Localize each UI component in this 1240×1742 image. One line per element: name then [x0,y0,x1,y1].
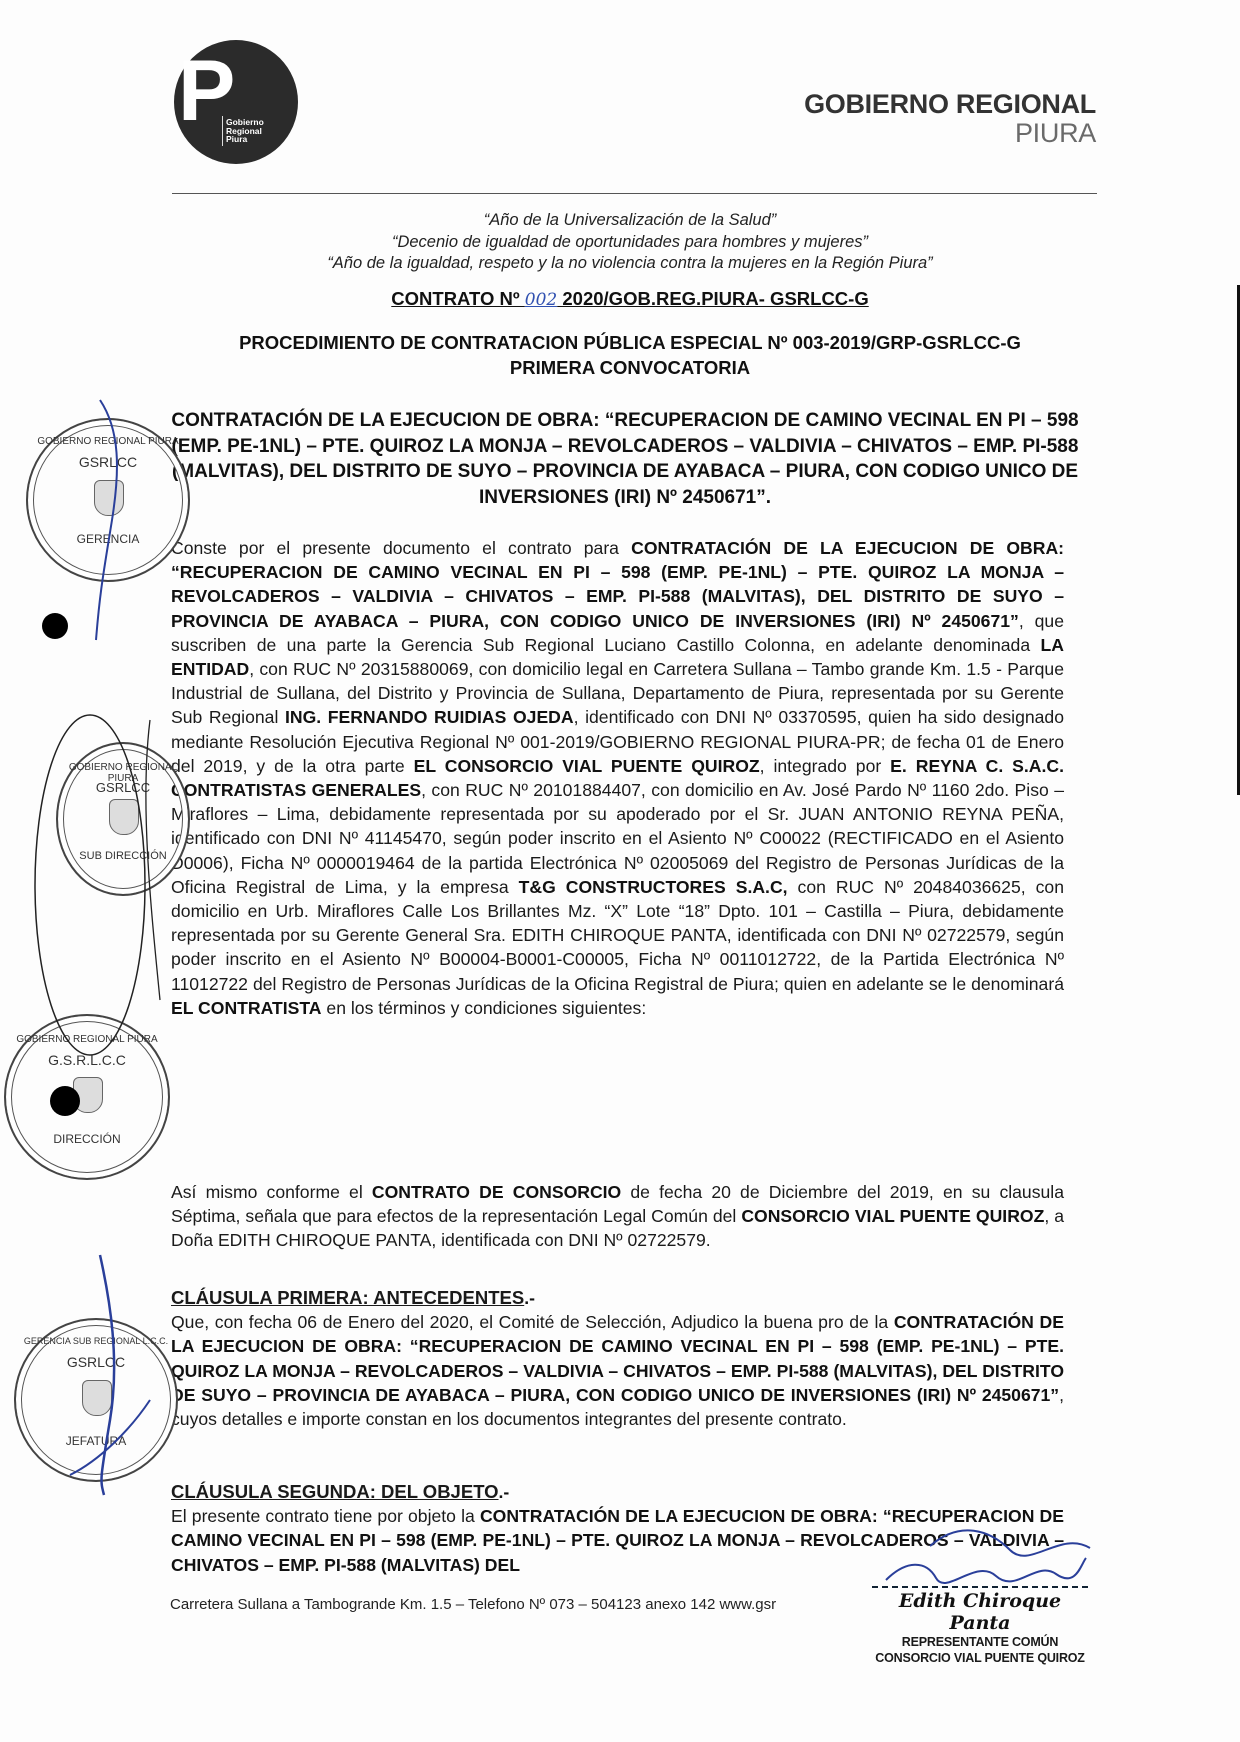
signature-block: Edith Chiroque Panta REPRESENTANTE COMÚN… [866,1556,1094,1666]
logo-text: Gobierno Regional Piura [226,118,264,144]
stamp-jefatura: GERENCIA SUB REGIONAL L.C.C. GSRLCC JEFA… [14,1318,178,1482]
clause-primera: CLÁUSULA PRIMERA: ANTECEDENTES.- Que, co… [171,1286,1064,1431]
gobierno-regional-logo: P Gobierno Regional Piura [174,40,298,164]
handwritten-contract-number: 002 [525,290,557,310]
ink-blot [50,1086,80,1116]
org-name-line2: PIURA [804,119,1096,148]
signer-org: CONSORCIO VIAL PUENTE QUIROZ [866,1650,1094,1666]
signer-role: REPRESENTANTE COMÚN [866,1634,1094,1650]
stamp-gerencia: GOBIERNO REGIONAL PIURA GSRLCC GERENCIA [26,418,190,582]
stamp-sub-direccion: GOBIERNO REGIONAL PIURA GSRLCC SUB DIREC… [56,742,190,896]
logo-divider [222,116,223,146]
clause-heading: CLÁUSULA SEGUNDA: DEL OBJETO [171,1481,499,1502]
obra-title: CONTRATACIÓN DE LA EJECUCION DE OBRA: “R… [165,408,1085,510]
clause-heading: CLÁUSULA PRIMERA: ANTECEDENTES [171,1287,524,1308]
contract-title: CONTRATO Nº 002 2020/GOB.REG.PIURA- GSRL… [180,288,1080,310]
org-name-line1: GOBIERNO REGIONAL [804,90,1096,119]
slogan: “Decenio de igualdad de oportunidades pa… [180,232,1080,254]
org-name: GOBIERNO REGIONAL PIURA [804,90,1096,148]
slogan: “Año de la igualdad, respeto y la no vio… [180,253,1080,275]
signer-name: Edith Chiroque Panta [866,1590,1094,1634]
signature-line [872,1586,1088,1588]
slogan: “Año de la Universalización de la Salud” [180,210,1080,232]
signature-scribble [866,1556,1094,1586]
coat-of-arms-icon [109,799,139,835]
stamp-direccion: GOBIERNO REGIONAL PIURA G.S.R.L.C.C DIRE… [4,1014,170,1180]
procedure-heading: PROCEDIMIENTO DE CONTRATACION PÚBLICA ES… [160,330,1100,380]
coat-of-arms-icon [82,1380,112,1416]
intro-paragraph: Conste por el presente documento el cont… [171,536,1064,1020]
coat-of-arms-icon [94,480,124,516]
header-divider [172,193,1097,194]
year-slogans: “Año de la Universalización de la Salud”… [180,210,1080,275]
footer-address: Carretera Sullana a Tambogrande Km. 1.5 … [170,1596,776,1613]
consortium-paragraph: Así mismo conforme el CONTRATO DE CONSOR… [171,1180,1064,1253]
ink-blot [42,613,68,639]
